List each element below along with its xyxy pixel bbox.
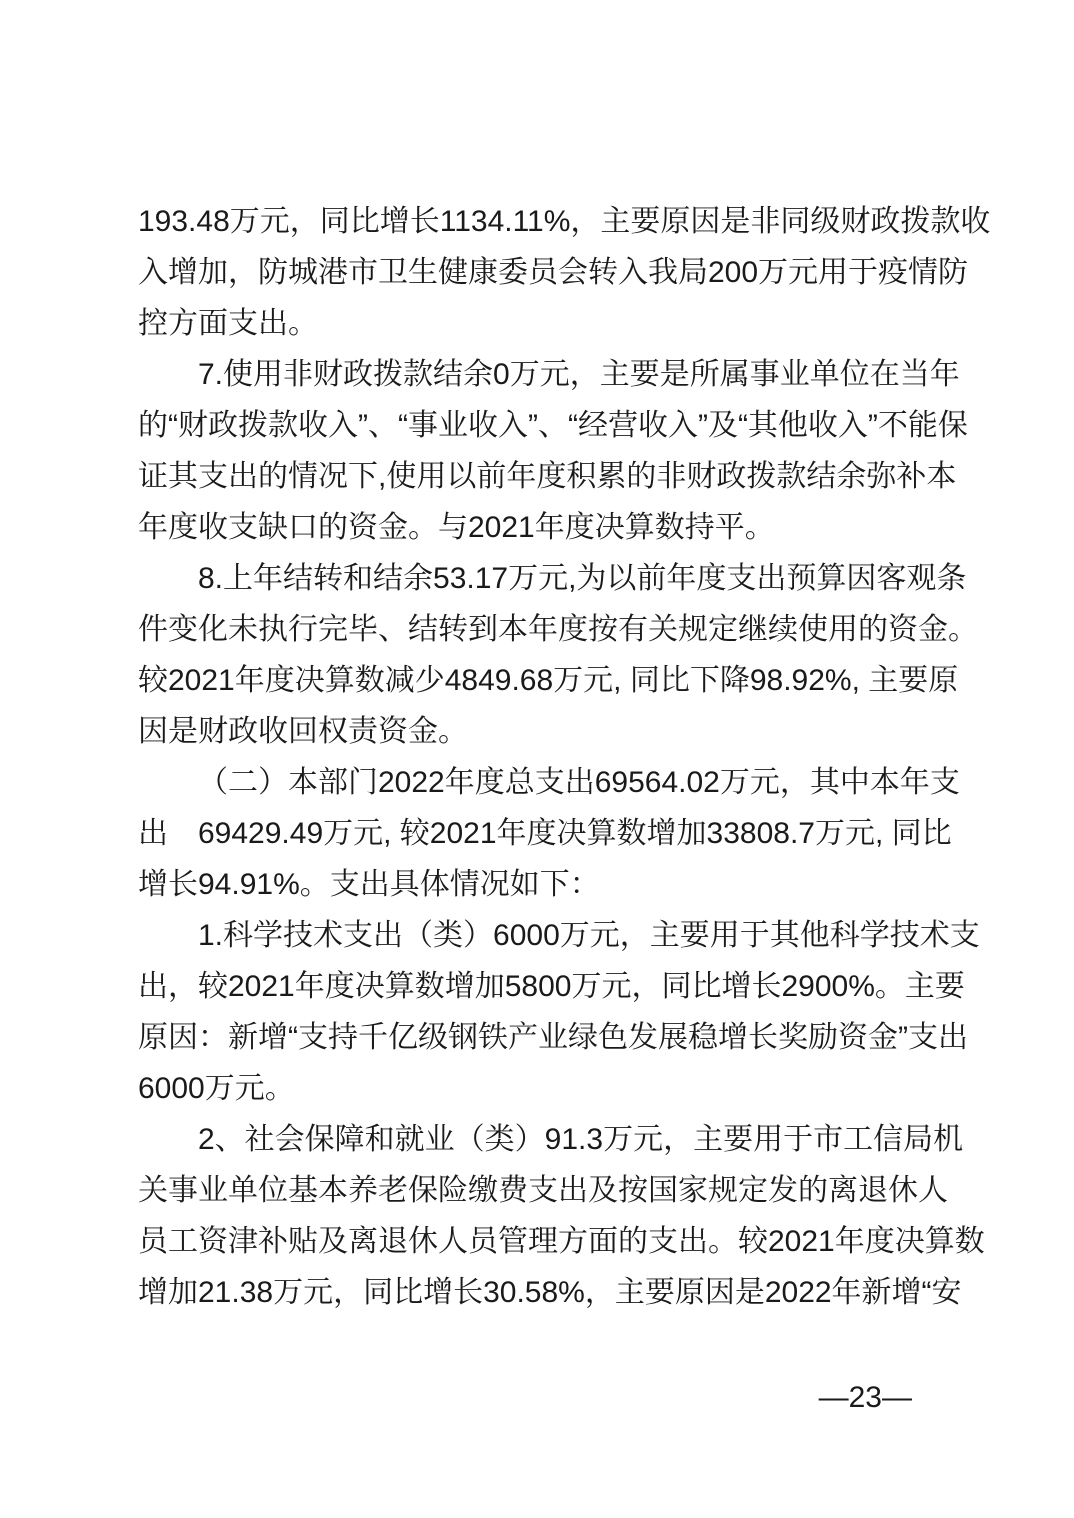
text-line: 件变化未执行完毕、结转到本年度按有关规定继续使用的资金。	[138, 604, 938, 655]
paragraph: 193.48万元，同比增长1134.11%，主要原因是非同级财政拨款收 入增加，…	[138, 196, 938, 349]
document-body: 193.48万元，同比增长1134.11%，主要原因是非同级财政拨款收 入增加，…	[138, 196, 938, 1318]
text-line: 原因：新增“支持千亿级钢铁产业绿色发展稳增长奖励资金”支出	[138, 1012, 938, 1063]
text-line: 年度收支缺口的资金。与2021年度决算数持平。	[138, 502, 938, 553]
text-line: 员工资津补贴及离退休人员管理方面的支出。较2021年度决算数	[138, 1216, 938, 1267]
page-number: —23—	[819, 1372, 912, 1423]
paragraph: 1.科学技术支出（类）6000万元，主要用于其他科学技术支 出，较2021年度决…	[138, 910, 938, 1114]
text-line: 8.上年结转和结余53.17万元,为以前年度支出预算因客观条	[138, 553, 938, 604]
text-line: 出 69429.49万元, 较2021年度决算数增加33808.7万元, 同比	[138, 808, 938, 859]
text-line: 1.科学技术支出（类）6000万元，主要用于其他科学技术支	[138, 910, 938, 961]
paragraph: （二）本部门2022年度总支出69564.02万元，其中本年支 出 69429.…	[138, 757, 938, 910]
text-line: 6000万元。	[138, 1063, 938, 1114]
text-line: 增加21.38万元，同比增长30.58%，主要原因是2022年新增“安	[138, 1267, 938, 1318]
text-line: （二）本部门2022年度总支出69564.02万元，其中本年支	[138, 757, 938, 808]
paragraph: 7.使用非财政拨款结余0万元，主要是所属事业单位在当年 的“财政拨款收入”、“事…	[138, 349, 938, 553]
paragraph: 2、社会保障和就业（类）91.3万元，主要用于市工信局机 关事业单位基本养老保险…	[138, 1114, 938, 1318]
text-line: 较2021年度决算数减少4849.68万元, 同比下降98.92%, 主要原	[138, 655, 938, 706]
text-line: 证其支出的情况下,使用以前年度积累的非财政拨款结余弥补本	[138, 451, 938, 502]
text-line: 增长94.91%。支出具体情况如下：	[138, 859, 938, 910]
text-line: 7.使用非财政拨款结余0万元，主要是所属事业单位在当年	[138, 349, 938, 400]
text-line: 关事业单位基本养老保险缴费支出及按国家规定发的离退休人	[138, 1165, 938, 1216]
text-line: 2、社会保障和就业（类）91.3万元，主要用于市工信局机	[138, 1114, 938, 1165]
text-line: 入增加，防城港市卫生健康委员会转入我局200万元用于疫情防	[138, 247, 938, 298]
text-line: 出，较2021年度决算数增加5800万元，同比增长2900%。主要	[138, 961, 938, 1012]
document-page: 193.48万元，同比增长1134.11%，主要原因是非同级财政拨款收 入增加，…	[0, 0, 1074, 1518]
text-line: 因是财政收回权责资金。	[138, 706, 938, 757]
text-line: 控方面支出。	[138, 298, 938, 349]
text-line: 193.48万元，同比增长1134.11%，主要原因是非同级财政拨款收	[138, 196, 938, 247]
paragraph: 8.上年结转和结余53.17万元,为以前年度支出预算因客观条 件变化未执行完毕、…	[138, 553, 938, 757]
text-line: 的“财政拨款收入”、“事业收入”、“经营收入”及“其他收入”不能保	[138, 400, 938, 451]
